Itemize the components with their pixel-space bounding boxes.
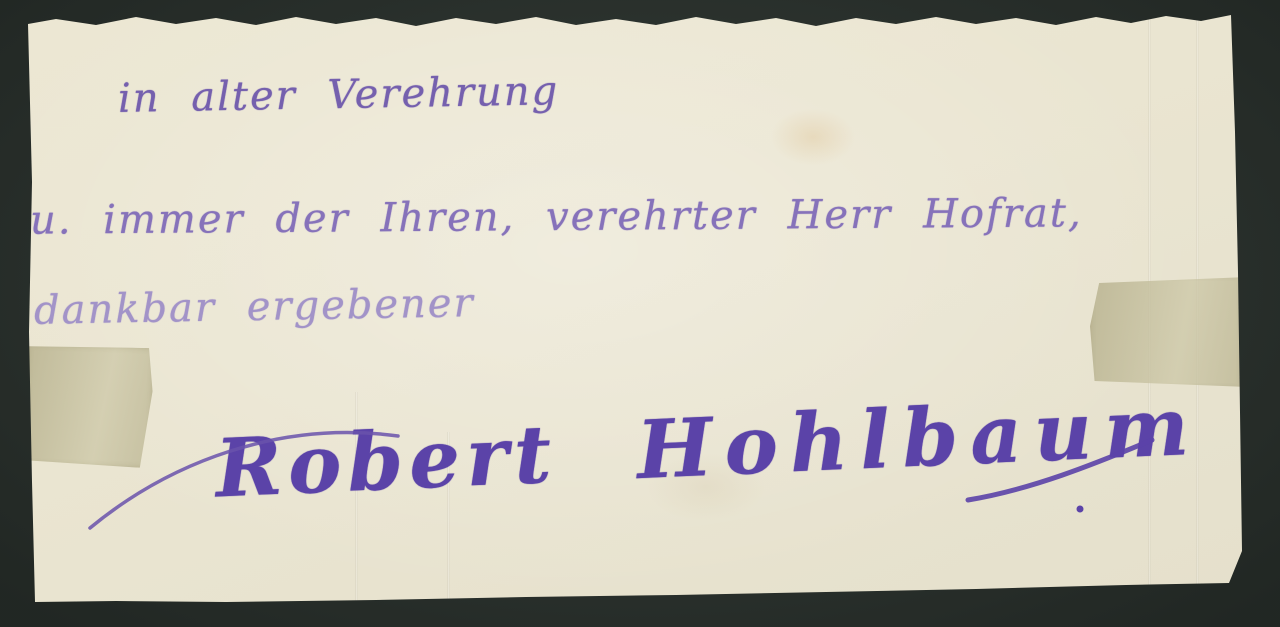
paper-fragment: in alter Verehrung u. immer der Ihren, v… <box>26 12 1244 606</box>
signature-last-name: Hohlbaum <box>635 379 1203 498</box>
paper-stain <box>770 108 856 166</box>
photo-backing-board: in alter Verehrung u. immer der Ihren, v… <box>0 0 1280 627</box>
handwriting-line-1: in alter Verehrung <box>118 68 560 122</box>
handwriting-line-3: dankbar ergebener <box>34 280 475 334</box>
handwriting-line-2: u. immer der Ihren, verehrter Herr Hofra… <box>30 190 1083 243</box>
tape-left <box>24 344 154 468</box>
signature-first-name: Robert <box>213 407 559 516</box>
tape-right <box>1090 275 1242 389</box>
